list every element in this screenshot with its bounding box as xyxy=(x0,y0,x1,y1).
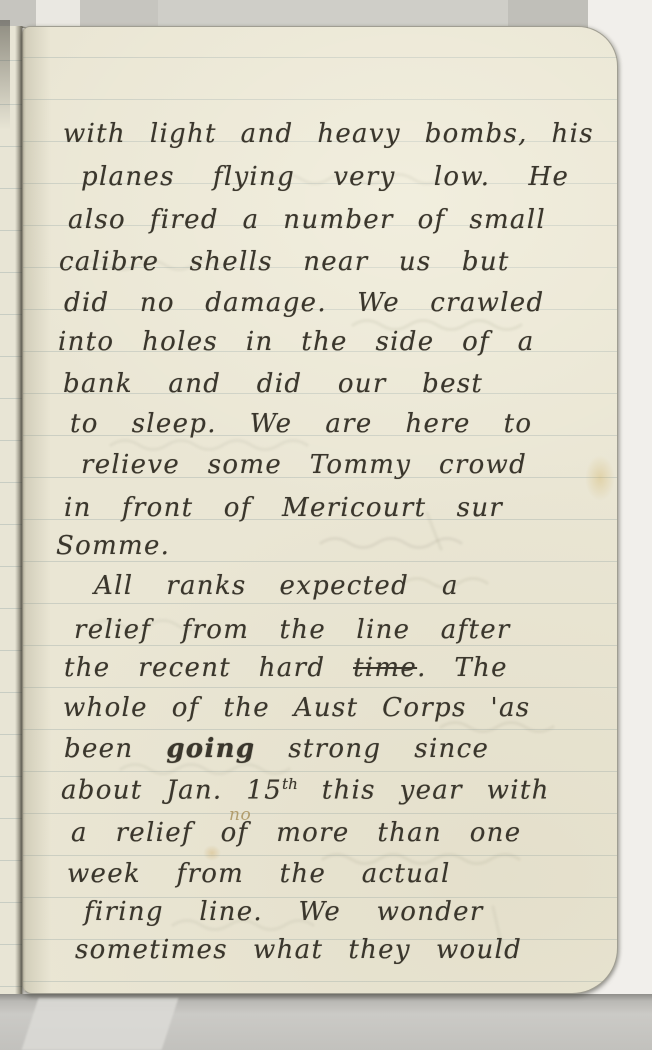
paper-stain xyxy=(585,455,615,501)
gutter-shadow xyxy=(15,26,26,994)
diary-text-segment: this year with xyxy=(298,776,550,806)
overwritten-word: going xyxy=(166,734,255,764)
diary-line: relieve some Tommy crowd xyxy=(81,452,527,478)
diary-line: did no damage. We crawled xyxy=(64,290,544,316)
underlying-pages-edge xyxy=(22,998,179,1050)
diary-line: sometimes what they would xyxy=(75,937,522,963)
diary-line: calibre shells near us but xyxy=(59,249,510,275)
scanned-diary-photo: { "scan": { "subject": "handwritten note… xyxy=(0,0,652,1050)
page-edge-patch xyxy=(158,0,508,27)
diary-line: planes flying very low. He xyxy=(81,164,569,190)
diary-line: All ranks expected a xyxy=(94,573,459,599)
diary-line: also fired a number of small xyxy=(68,207,546,233)
diary-line: relief from the line after xyxy=(74,617,511,643)
diary-line: the recent hard time. The xyxy=(64,655,508,681)
diary-line: with light and heavy bombs, his xyxy=(63,121,594,147)
superscript-ordinal: th xyxy=(282,775,298,793)
diary-line: about Jan. 15th this year with xyxy=(61,777,550,804)
diary-text-segment: strong since xyxy=(255,734,489,764)
pencil-annotation: no xyxy=(229,805,251,825)
diary-line: bank and did our best xyxy=(63,371,483,397)
page-edge-patch xyxy=(508,0,588,27)
diary-text-segment: the recent hard xyxy=(64,653,353,683)
strikethrough-word: time xyxy=(353,653,417,683)
page-edge-highlight xyxy=(36,0,80,27)
diary-text-segment: about Jan. 15 xyxy=(61,776,282,806)
diary-line: a relief of more than one xyxy=(71,820,521,846)
binding-shadow xyxy=(0,20,10,130)
diary-line: to sleep. We are here to xyxy=(70,411,532,437)
diary-line: into holes in the side of a xyxy=(58,329,535,355)
diary-line: in front of Mericourt sur xyxy=(64,495,503,521)
diary-text-segment: been xyxy=(64,734,166,764)
diary-text-segment: . The xyxy=(417,653,508,683)
diary-line: week from the actual xyxy=(67,861,451,887)
page-stack-top-edge xyxy=(0,0,588,28)
diary-line: firing line. We wonder xyxy=(84,899,484,925)
notebook-page: with light and heavy bombs, his planes f… xyxy=(22,26,618,994)
diary-line: been going strong since xyxy=(64,736,489,762)
diary-line: Somme. xyxy=(56,533,170,559)
diary-line: whole of the Aust Corps 'as xyxy=(63,695,530,721)
